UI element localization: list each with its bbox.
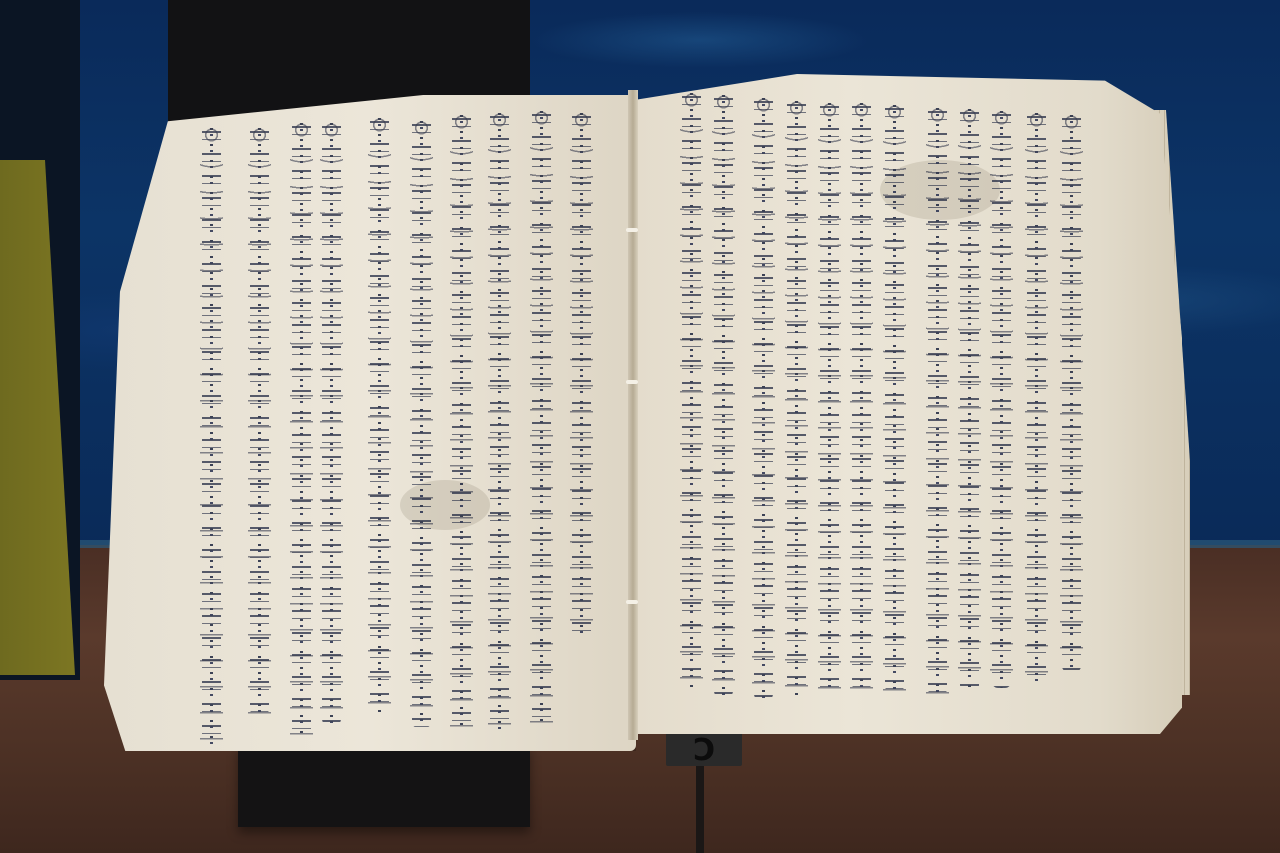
handwritten-line (722, 92, 725, 697)
handwritten-line (690, 90, 693, 690)
handwritten-line (893, 102, 896, 692)
right-page-handwriting (0, 0, 1280, 853)
handwritten-line (1070, 112, 1073, 672)
handwritten-line (1035, 110, 1038, 685)
photo-scene: C (0, 0, 1280, 853)
handwritten-line (795, 98, 798, 698)
handwritten-line (936, 105, 939, 695)
handwritten-line (762, 95, 765, 700)
handwritten-line (860, 100, 863, 690)
handwritten-line (1000, 108, 1003, 688)
handwritten-line (968, 106, 971, 691)
handwritten-line (828, 100, 831, 695)
